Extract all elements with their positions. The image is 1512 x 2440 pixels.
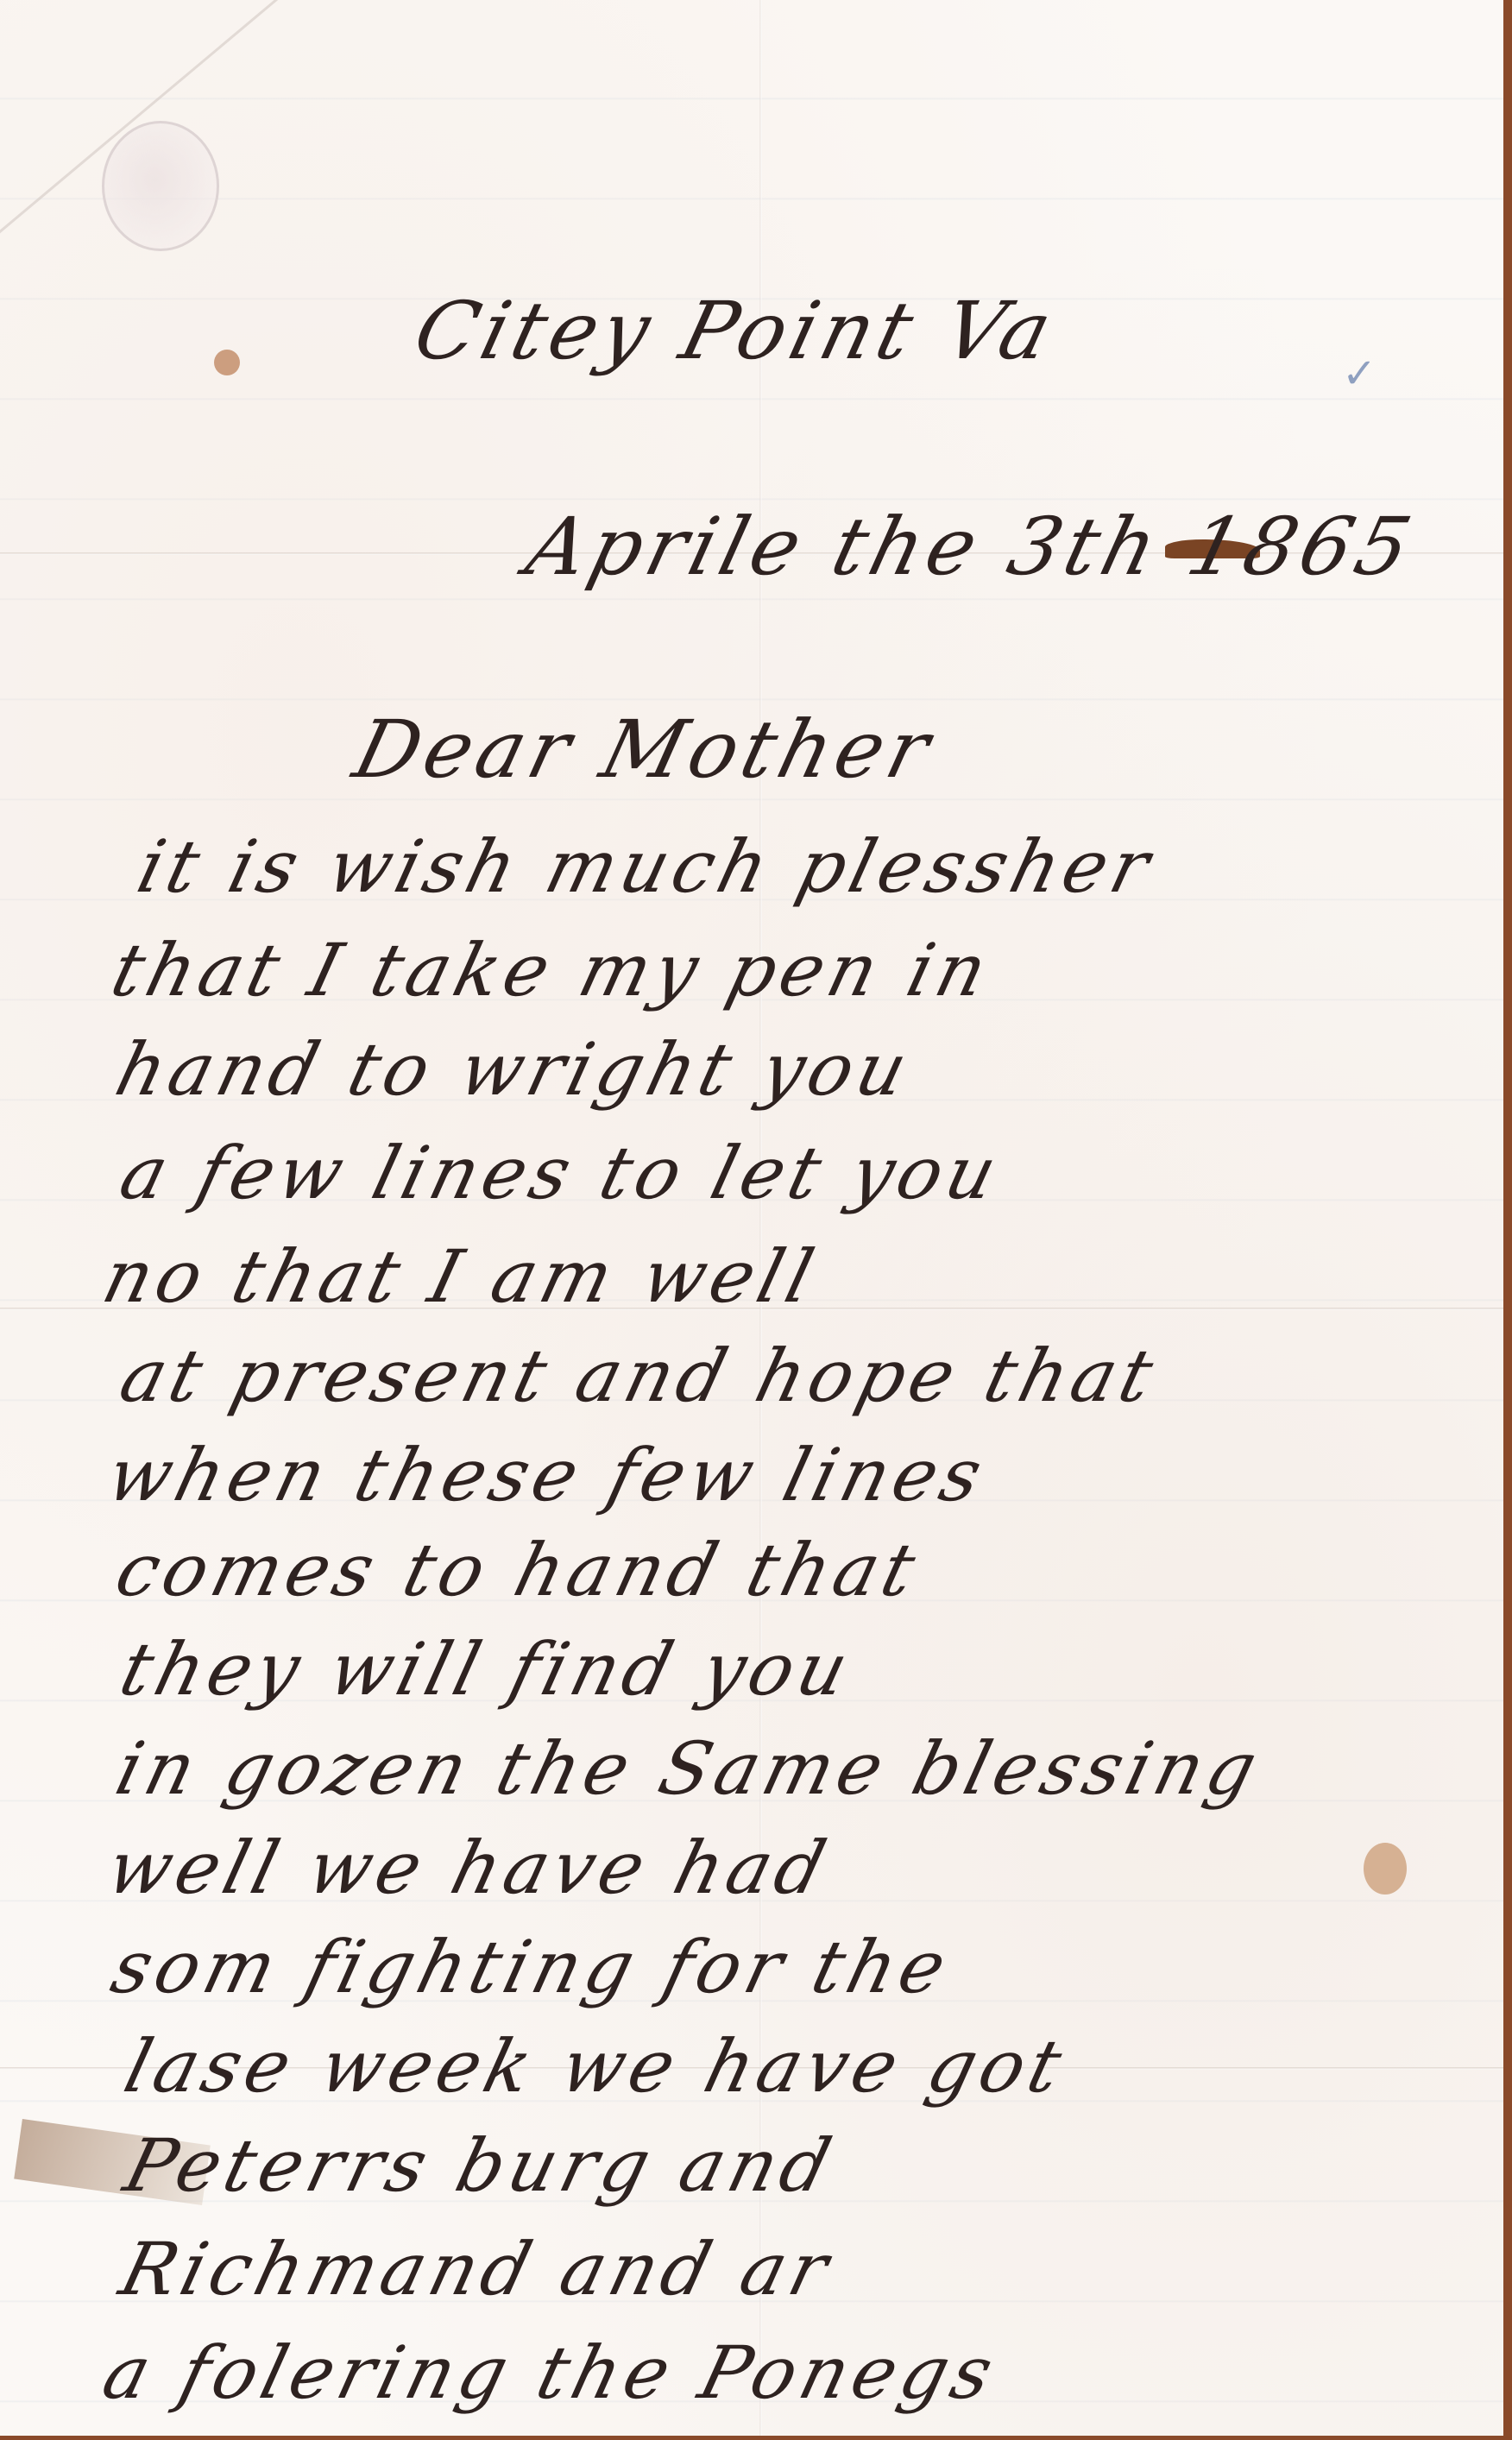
letter-date: Aprile the 3th 1865 [518,501,1425,593]
body-line: lase week we have got [117,2024,1074,2109]
body-line: at present and hope that [112,1333,1166,1418]
body-line: hand to wright you [108,1027,921,1112]
body-line: Richmand and ar [112,2227,841,2311]
fold-crease-diagonal [0,0,430,261]
letter-page: Citey Point Va ✓ Aprile the 3th 1865 Dea… [0,0,1503,2436]
ink-stain [214,350,240,375]
body-line: well we have had [99,1825,839,1910]
body-line: no that I am well [95,1234,827,1319]
body-line: they will find you [112,1627,861,1712]
body-line: a folering the Ponegs [95,2330,1006,2415]
letter-place: Citey Point Va [406,285,1065,377]
embossed-seal-icon [102,121,219,251]
paper-edge-right [1503,0,1512,2440]
body-line: Peterrs burg and [117,2123,844,2208]
body-line: that I take my pen in [104,928,1000,1012]
body-line: when these few lines [99,1433,995,1517]
water-stain [1364,1843,1407,1895]
body-line: it is wish much plessher [129,824,1162,909]
check-mark-icon: ✓ [1342,350,1377,398]
body-line: som fighting for the [104,1925,960,2009]
body-line: a few lines to let you [112,1131,1010,1215]
body-line: comes to hand that [108,1528,929,1612]
body-line: in gozen the Same blessing [108,1726,1269,1811]
paper-edge-bottom [0,2436,1512,2440]
letter-salutation: Dear Mother [345,703,943,796]
